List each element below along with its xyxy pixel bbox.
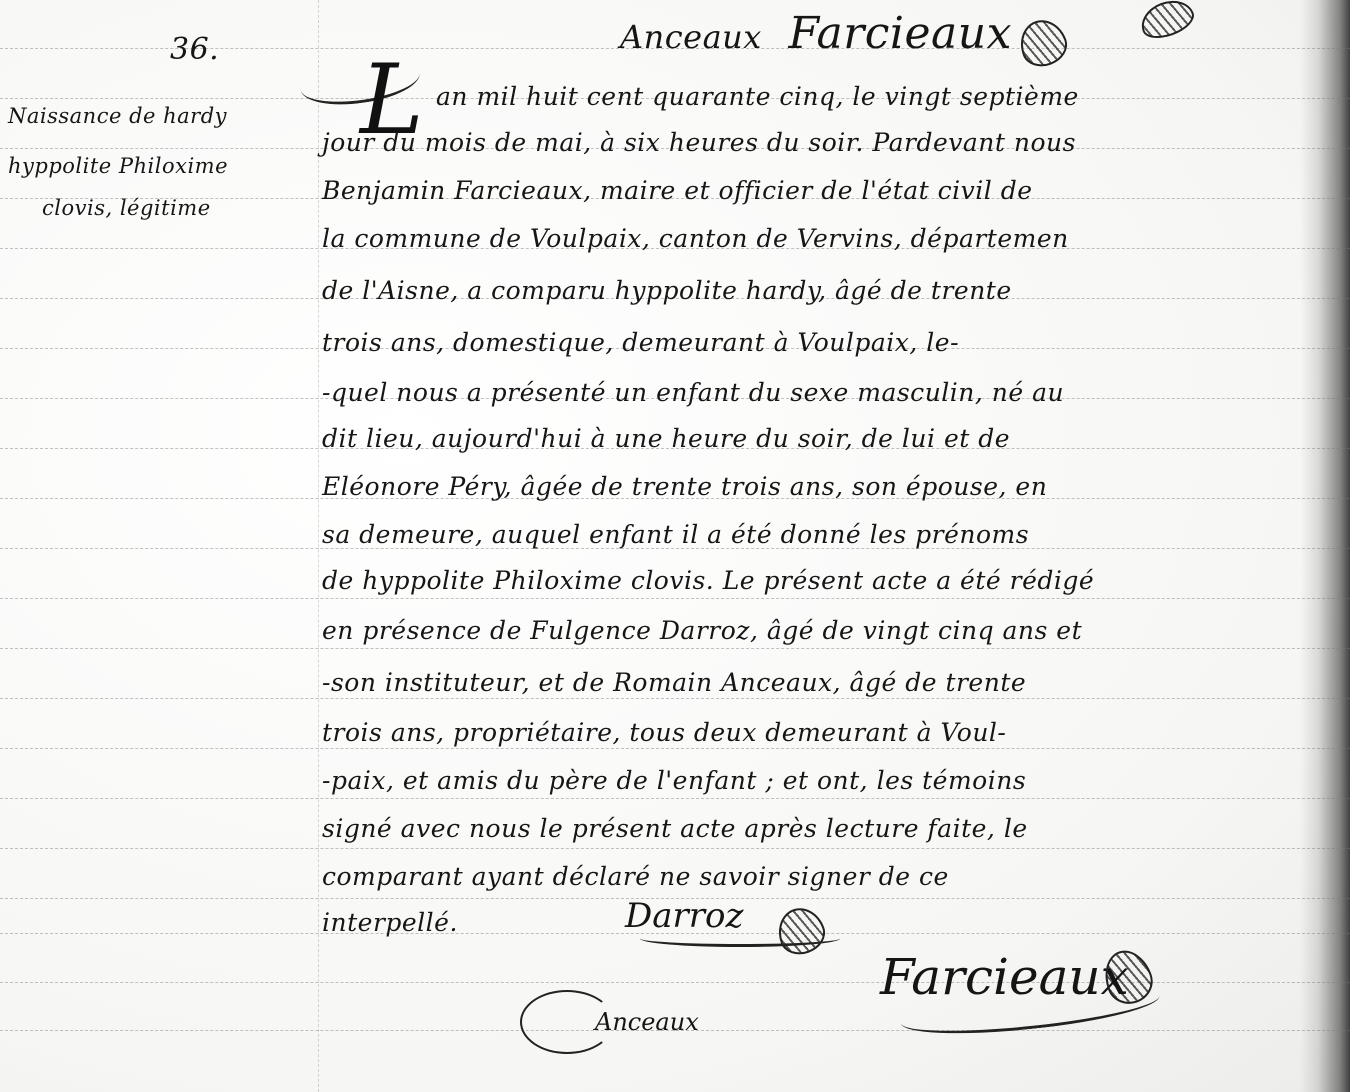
ruled-line	[0, 848, 1350, 849]
paraph-flourish-icon	[1136, 0, 1198, 44]
ruled-line	[0, 798, 1350, 799]
body-line: -quel nous a présenté un enfant du sexe …	[322, 378, 1064, 407]
body-line: dit lieu, aujourd'hui à une heure du soi…	[322, 424, 1010, 453]
ruled-line	[0, 748, 1350, 749]
body-line: Benjamin Farcieaux, maire et officier de…	[322, 176, 1033, 205]
body-line: comparant ayant déclaré ne savoir signer…	[322, 862, 949, 891]
body-line: trois ans, domestique, demeurant à Voulp…	[322, 328, 959, 357]
margin-note-line: hyppolite Philoxime	[8, 154, 228, 178]
entry-number: 36.	[170, 32, 219, 67]
body-line: en présence de Fulgence Darroz, âgé de v…	[322, 616, 1082, 645]
header-signature-anceaux: Anceaux	[620, 18, 762, 56]
body-line: sa demeure, auquel enfant il a été donné…	[322, 520, 1029, 549]
body-line: de hyppolite Philoxime clovis. Le présen…	[322, 566, 1094, 595]
header-signature-farcieaux: Farcieaux	[788, 8, 1011, 59]
body-line: la commune de Voulpaix, canton de Vervin…	[322, 224, 1069, 253]
body-line: trois ans, propriétaire, tous deux demeu…	[322, 718, 1006, 747]
signature-flourish	[520, 990, 614, 1054]
paraph-flourish-icon	[1014, 14, 1073, 73]
body-line: -paix, et amis du père de l'enfant ; et …	[322, 766, 1026, 795]
register-page: 36. Naissance de hardy hyppolite Philoxi…	[0, 0, 1350, 1092]
body-line: Eléonore Péry, âgée de trente trois ans,…	[322, 472, 1047, 501]
body-line: signé avec nous le présent acte après le…	[322, 814, 1028, 843]
header-signatures: Anceaux Farcieaux	[620, 8, 1012, 59]
body-line: de l'Aisne, a comparu hyppolite hardy, â…	[322, 276, 1012, 305]
margin-note-line: clovis, légitime	[42, 196, 211, 220]
ruled-line	[0, 648, 1350, 649]
body-line: interpellé.	[322, 908, 458, 937]
body-line: -son instituteur, et de Romain Anceaux, …	[322, 668, 1026, 697]
signature-underline	[640, 930, 840, 947]
margin-note-line: Naissance de hardy	[8, 104, 227, 128]
ruled-line	[0, 698, 1350, 699]
margin-rule	[318, 0, 319, 1092]
body-line: jour du mois de mai, à six heures du soi…	[322, 128, 1076, 157]
body-line: an mil huit cent quarante cinq, le vingt…	[436, 82, 1079, 111]
ruled-line	[0, 598, 1350, 599]
